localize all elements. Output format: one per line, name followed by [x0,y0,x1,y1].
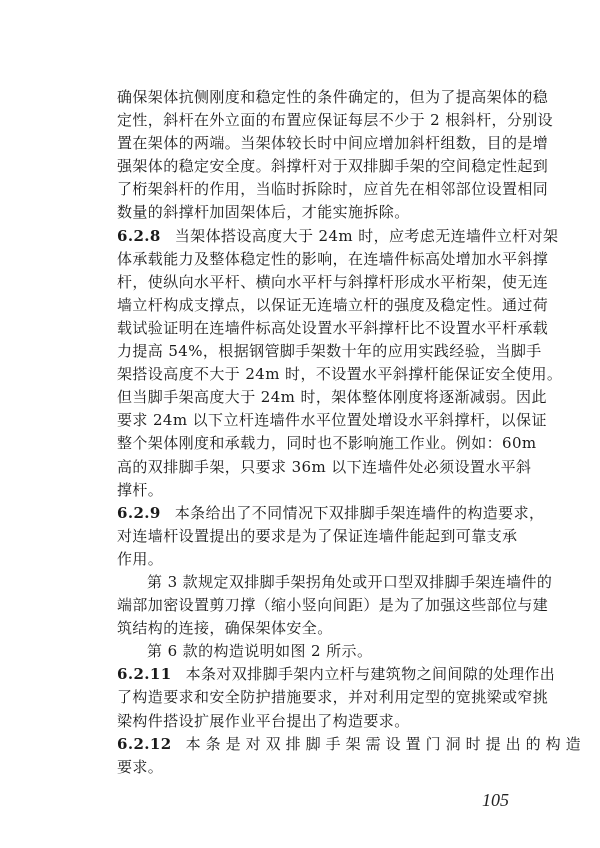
text-span: 端部加密设置剪刀撑（缩小竖向间距）是为了加强这些部位与建 [117,594,548,617]
text-line: 高的双排脚手架，只要求 36m 以下连墙件处必须设置水平斜 [117,456,517,479]
section-number: 6.2.12 [117,733,172,756]
text-span: 要求 24m 以下立杆连墙件水平位置处增设水平斜撑杆，以保证 [117,409,547,432]
text-line: 体承载能力及整体稳定性的影响，在连墙件标高处增加水平斜撑 [117,248,517,271]
text-span: 本条是对双排脚手架需设置门洞时提出的构造 [186,733,586,756]
text-line: 载试验证明在连墙件标高处设置水平斜撑杆比不设置水平杆承载 [117,317,517,340]
text-line: 杆，使纵向水平杆、横向水平杆与斜撑杆形成水平桁架，使无连 [117,271,517,294]
text-span: 本条给出了不同情况下双排脚手架连墙件的构造要求， [175,502,545,525]
text-line: 架搭设高度不大于 24m 时，不设置水平斜撑杆能保证安全使用。 [117,363,517,386]
text-span: 了桁架斜杆的作用，当临时拆除时，应首先在相邻部位设置相同 [117,178,548,201]
section-6-2-11-heading-line: 6.2.11 本条对双排脚手架内立杆与建筑物之间间隙的处理作出 [117,663,517,686]
text-span: 架搭设高度不大于 24m 时，不设置水平斜撑杆能保证安全使用。 [117,363,562,386]
text-span: 撑杆。 [117,479,163,502]
text-span: 确保架体抗侧刚度和稳定性的条件确定的，但为了提高架体的稳 [117,86,548,109]
text-line: 确保架体抗侧刚度和稳定性的条件确定的，但为了提高架体的稳 [117,86,517,109]
section-6-2-9-heading-line: 6.2.9 本条给出了不同情况下双排脚手架连墙件的构造要求， [117,502,517,525]
text-line: 力提高 54%，根据钢管脚手架数十年的应用实践经验，当脚手 [117,340,517,363]
text-span: 筑结构的连接，确保架体安全。 [117,617,333,640]
text-span: 梁构件搭设扩展作业平台提出了构造要求。 [117,710,410,733]
text-span: 整个架体刚度和承载力，同时也不影响施工作业。例如：60m [117,432,537,455]
text-span: 要求。 [117,756,163,779]
text-span: 定性，斜杆在外立面的布置应保证每层不少于 2 根斜杆，分别设 [117,109,553,132]
text-span: 当架体搭设高度大于 24m 时，应考虑无连墙件立杆对架 [175,225,559,248]
text-span: 第 3 款规定双排脚手架拐角处或开口型双排脚手架连墙件的 [147,571,552,594]
section-6-2-8-heading-line: 6.2.8 当架体搭设高度大于 24m 时，应考虑无连墙件立杆对架 [117,225,517,248]
section-number: 6.2.8 [117,225,161,248]
page-number: 105 [482,790,509,811]
text-line: 端部加密设置剪刀撑（缩小竖向间距）是为了加强这些部位与建 [117,594,517,617]
text-span: 但当脚手架高度大于 24m 时，架体整体刚度将逐渐减弱。因此 [117,386,547,409]
text-line: 作用。 [117,548,517,571]
section-number: 6.2.11 [117,663,172,686]
text-span: 墙立杆构成支撑点，以保证无连墙立杆的强度及稳定性。通过荷 [117,294,548,317]
text-span: 数量的斜撑杆加固架体后，才能实施拆除。 [117,201,410,224]
text-line: 要求。 [117,756,517,779]
text-span: 高的双排脚手架，只要求 36m 以下连墙件处必须设置水平斜 [117,456,531,479]
text-span: 对连墙杆设置提出的要求是为了保证连墙件能起到可靠支承 [117,525,517,548]
text-line: 第 6 款的构造说明如图 2 所示。 [117,640,517,663]
text-line: 了构造要求和安全防护措施要求，并对利用定型的宽挑梁或窄挑 [117,686,517,709]
text-span: 载试验证明在连墙件标高处设置水平斜撑杆比不设置水平杆承载 [117,317,548,340]
text-span: 本条对双排脚手架内立杆与建筑物之间间隙的处理作出 [186,663,556,686]
text-span: 第 6 款的构造说明如图 2 所示。 [147,640,372,663]
text-line: 要求 24m 以下立杆连墙件水平位置处增设水平斜撑杆，以保证 [117,409,517,432]
text-span: 强架体的稳定安全度。斜撑杆对于双排脚手架的空间稳定性起到 [117,155,548,178]
text-span: 了构造要求和安全防护措施要求，并对利用定型的宽挑梁或窄挑 [117,686,548,709]
text-line: 撑杆。 [117,479,517,502]
text-line: 置在架体的两端。当架体较长时中间应增加斜杆组数，目的是增 [117,132,517,155]
text-span: 置在架体的两端。当架体较长时中间应增加斜杆组数，目的是增 [117,132,548,155]
text-span: 力提高 54%，根据钢管脚手架数十年的应用实践经验，当脚手 [117,340,542,363]
text-span: 杆，使纵向水平杆、横向水平杆与斜撑杆形成水平桁架，使无连 [117,271,548,294]
text-line: 墙立杆构成支撑点，以保证无连墙立杆的强度及稳定性。通过荷 [117,294,517,317]
text-line: 梁构件搭设扩展作业平台提出了构造要求。 [117,710,517,733]
section-6-2-12-heading-line: 6.2.12 本条是对双排脚手架需设置门洞时提出的构造 [117,733,517,756]
text-span: 体承载能力及整体稳定性的影响，在连墙件标高处增加水平斜撑 [117,248,548,271]
text-line: 筑结构的连接，确保架体安全。 [117,617,517,640]
text-line: 数量的斜撑杆加固架体后，才能实施拆除。 [117,201,517,224]
text-line: 第 3 款规定双排脚手架拐角处或开口型双排脚手架连墙件的 [117,571,517,594]
text-line: 定性，斜杆在外立面的布置应保证每层不少于 2 根斜杆，分别设 [117,109,517,132]
text-line: 了桁架斜杆的作用，当临时拆除时，应首先在相邻部位设置相同 [117,178,517,201]
text-line: 对连墙杆设置提出的要求是为了保证连墙件能起到可靠支承 [117,525,517,548]
text-line: 强架体的稳定安全度。斜撑杆对于双排脚手架的空间稳定性起到 [117,155,517,178]
document-page: 确保架体抗侧刚度和稳定性的条件确定的，但为了提高架体的稳 定性，斜杆在外立面的布… [117,86,517,779]
section-number: 6.2.9 [117,502,161,525]
text-span: 作用。 [117,548,163,571]
text-line: 但当脚手架高度大于 24m 时，架体整体刚度将逐渐减弱。因此 [117,386,517,409]
text-line: 整个架体刚度和承载力，同时也不影响施工作业。例如：60m [117,432,517,455]
